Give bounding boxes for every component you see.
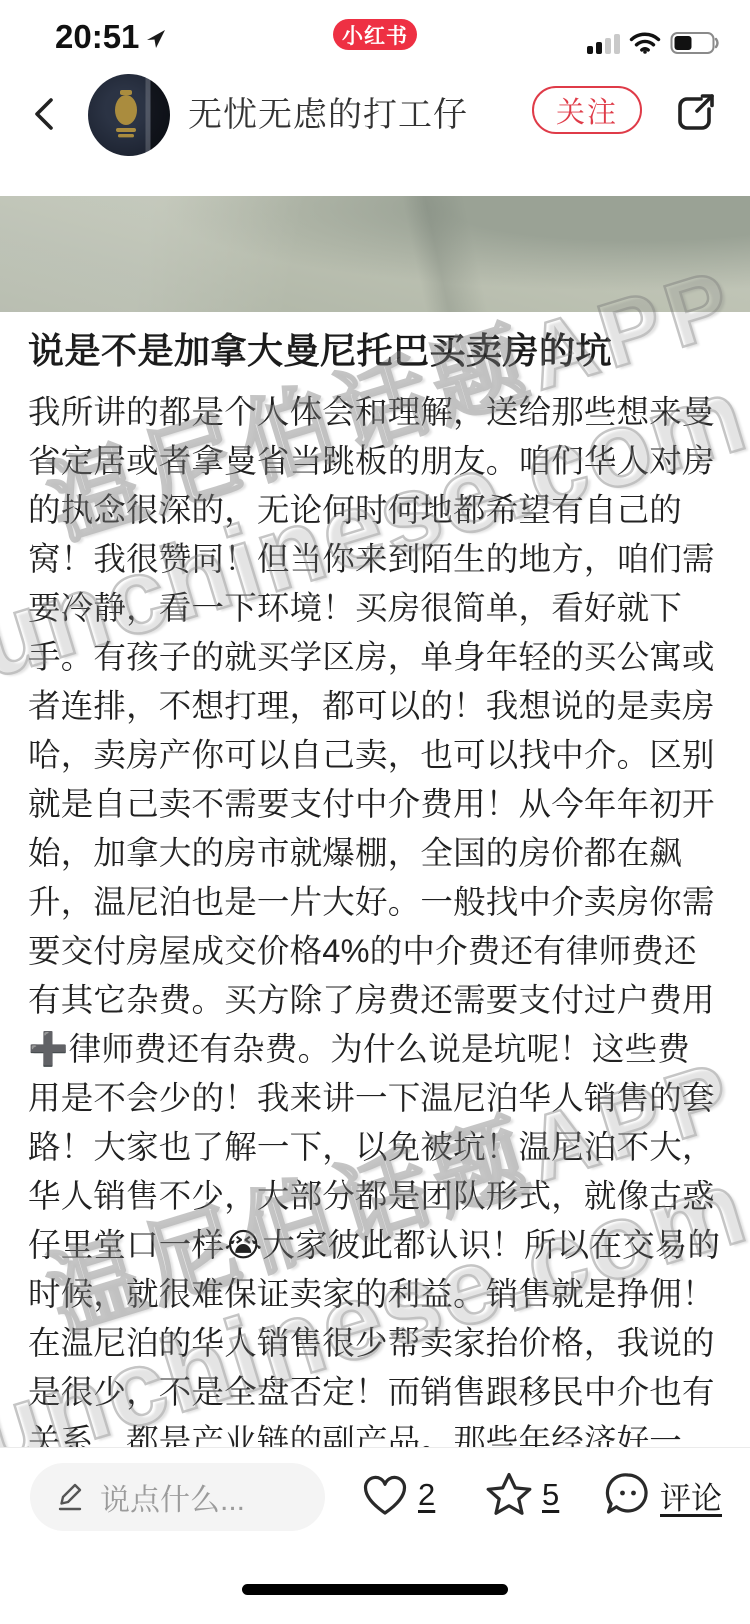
location-arrow-icon xyxy=(145,24,167,50)
post-header: 无忧无虑的打工仔 关注 xyxy=(0,60,750,196)
home-indicator[interactable] xyxy=(242,1584,508,1595)
star-icon xyxy=(484,1471,534,1519)
comment-input[interactable]: 说点什么... xyxy=(30,1463,325,1531)
comment-bubble-icon xyxy=(602,1471,652,1519)
app-badge-label: 小红书 xyxy=(342,20,408,50)
passport-crest-icon xyxy=(104,84,154,146)
bottom-action-bar: 说点什么... 2 5 xyxy=(0,1447,750,1624)
follow-button-label: 关注 xyxy=(556,90,618,131)
collect-count[interactable]: 5 xyxy=(542,1477,559,1513)
battery-icon xyxy=(670,31,720,55)
cellular-signal-icon xyxy=(587,32,620,54)
time-text: 20:51 xyxy=(55,18,139,56)
xiaohongshu-post-screen: 20:51 小红书 xyxy=(0,0,750,1624)
wifi-icon xyxy=(629,31,661,55)
post-body-text: 我所讲的都是个人体会和理解，送给那些想来曼省定居或者拿曼省当跳板的朋友。咱们华人… xyxy=(28,394,720,1447)
avatar[interactable] xyxy=(88,74,170,156)
post-image[interactable] xyxy=(0,196,750,312)
app-badge[interactable]: 小红书 xyxy=(333,19,417,50)
comment-button[interactable]: 评论 xyxy=(602,1471,722,1519)
collect-button[interactable]: 5 xyxy=(484,1471,559,1519)
post-body: 我所讲的都是个人体会和理解，送给那些想来曼省定居或者拿曼省当跳板的朋友。咱们华人… xyxy=(28,388,722,1447)
follow-button[interactable]: 关注 xyxy=(532,86,642,134)
status-bar: 20:51 小红书 xyxy=(0,0,750,60)
heart-icon xyxy=(360,1471,410,1519)
like-button[interactable]: 2 xyxy=(360,1471,435,1519)
pencil-icon xyxy=(56,1481,86,1513)
back-button[interactable] xyxy=(28,92,60,136)
comment-placeholder: 说点什么... xyxy=(100,1475,245,1519)
comment-label[interactable]: 评论 xyxy=(660,1473,722,1518)
like-count[interactable]: 2 xyxy=(418,1477,435,1513)
share-icon[interactable] xyxy=(674,90,718,134)
post-content: 说是不是加拿大曼尼托巴买卖房的坑 我所讲的都是个人体会和理解，送给那些想来曼省定… xyxy=(0,312,750,1447)
clock: 20:51 xyxy=(55,18,167,56)
post-title: 说是不是加拿大曼尼托巴买卖房的坑 xyxy=(28,328,722,374)
username[interactable]: 无忧无虑的打工仔 xyxy=(188,87,468,136)
